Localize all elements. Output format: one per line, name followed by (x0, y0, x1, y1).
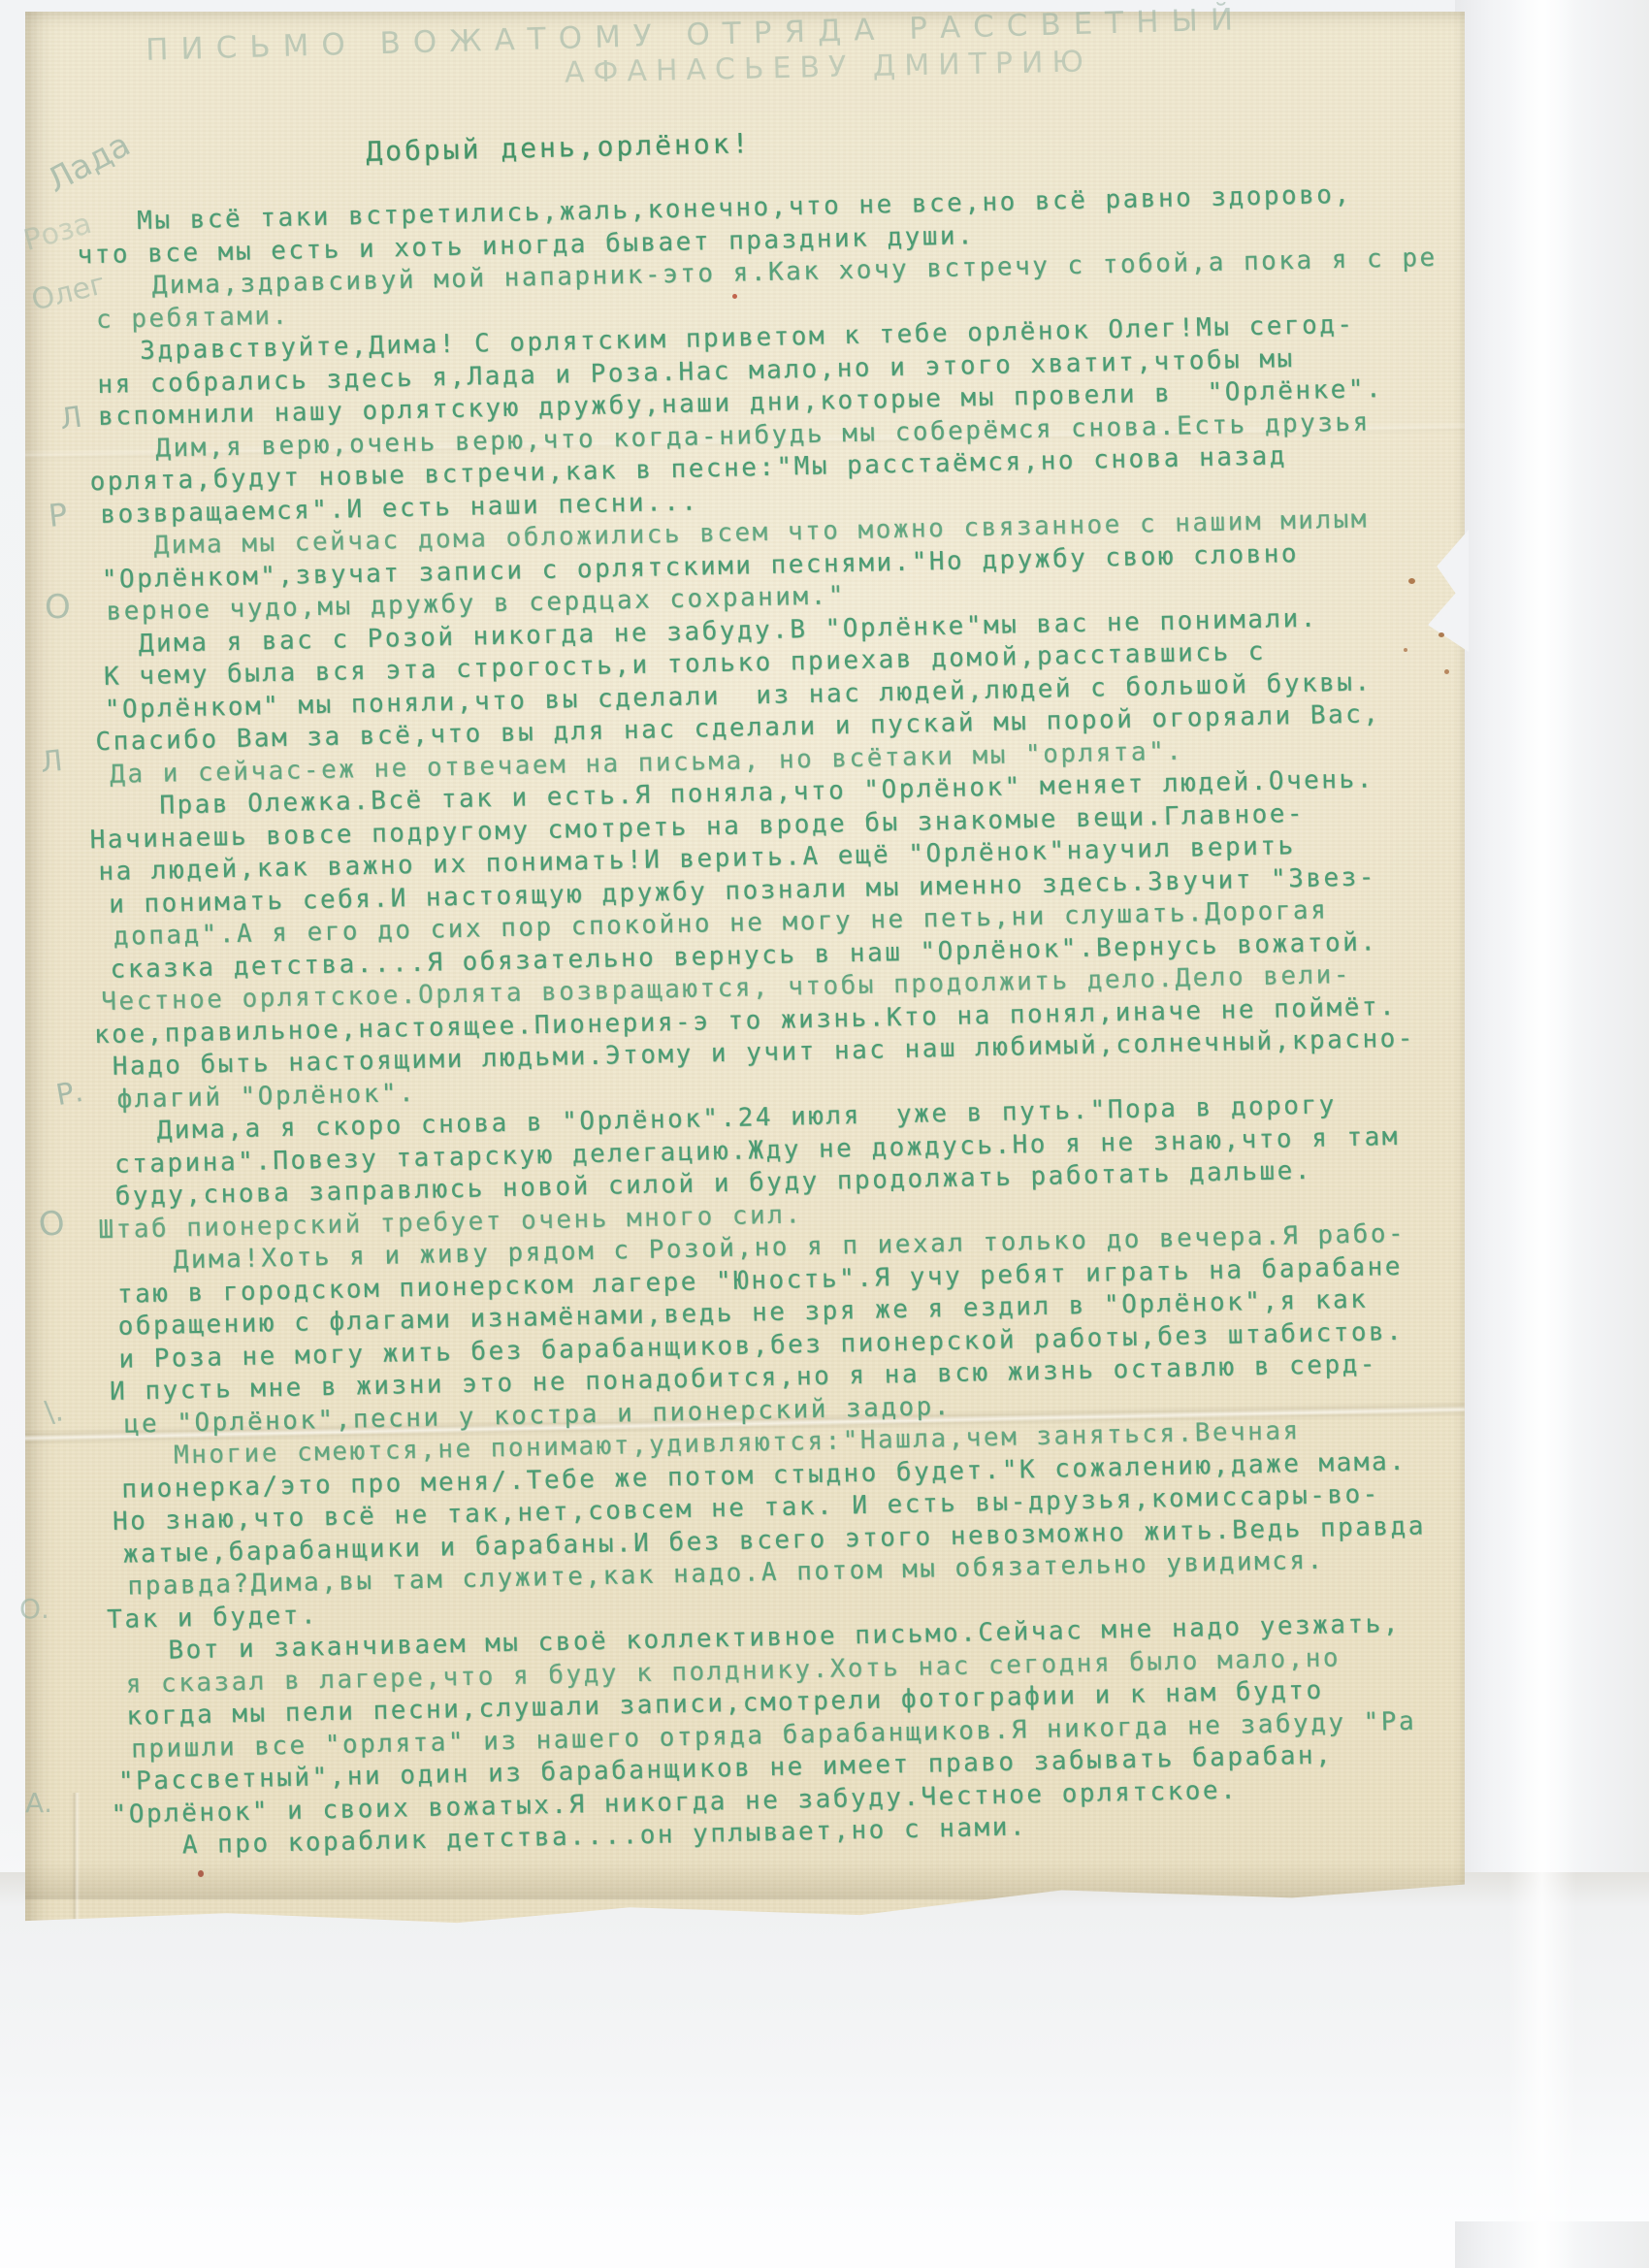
letter-body: Мы всё таки встретились,жаль,конечно,что… (93, 177, 1516, 1863)
fold-shadow-bottom (25, 1861, 1465, 1899)
vertical-crease (72, 1793, 80, 1928)
scanner-background-bottom (0, 1872, 1649, 2221)
typed-text-block: Добрый день,орлёнок! Мы всё таки встрети… (92, 112, 1516, 1863)
scanned-letter-page: { "document": { "kind": "Машинописное пи… (0, 0, 1649, 2268)
